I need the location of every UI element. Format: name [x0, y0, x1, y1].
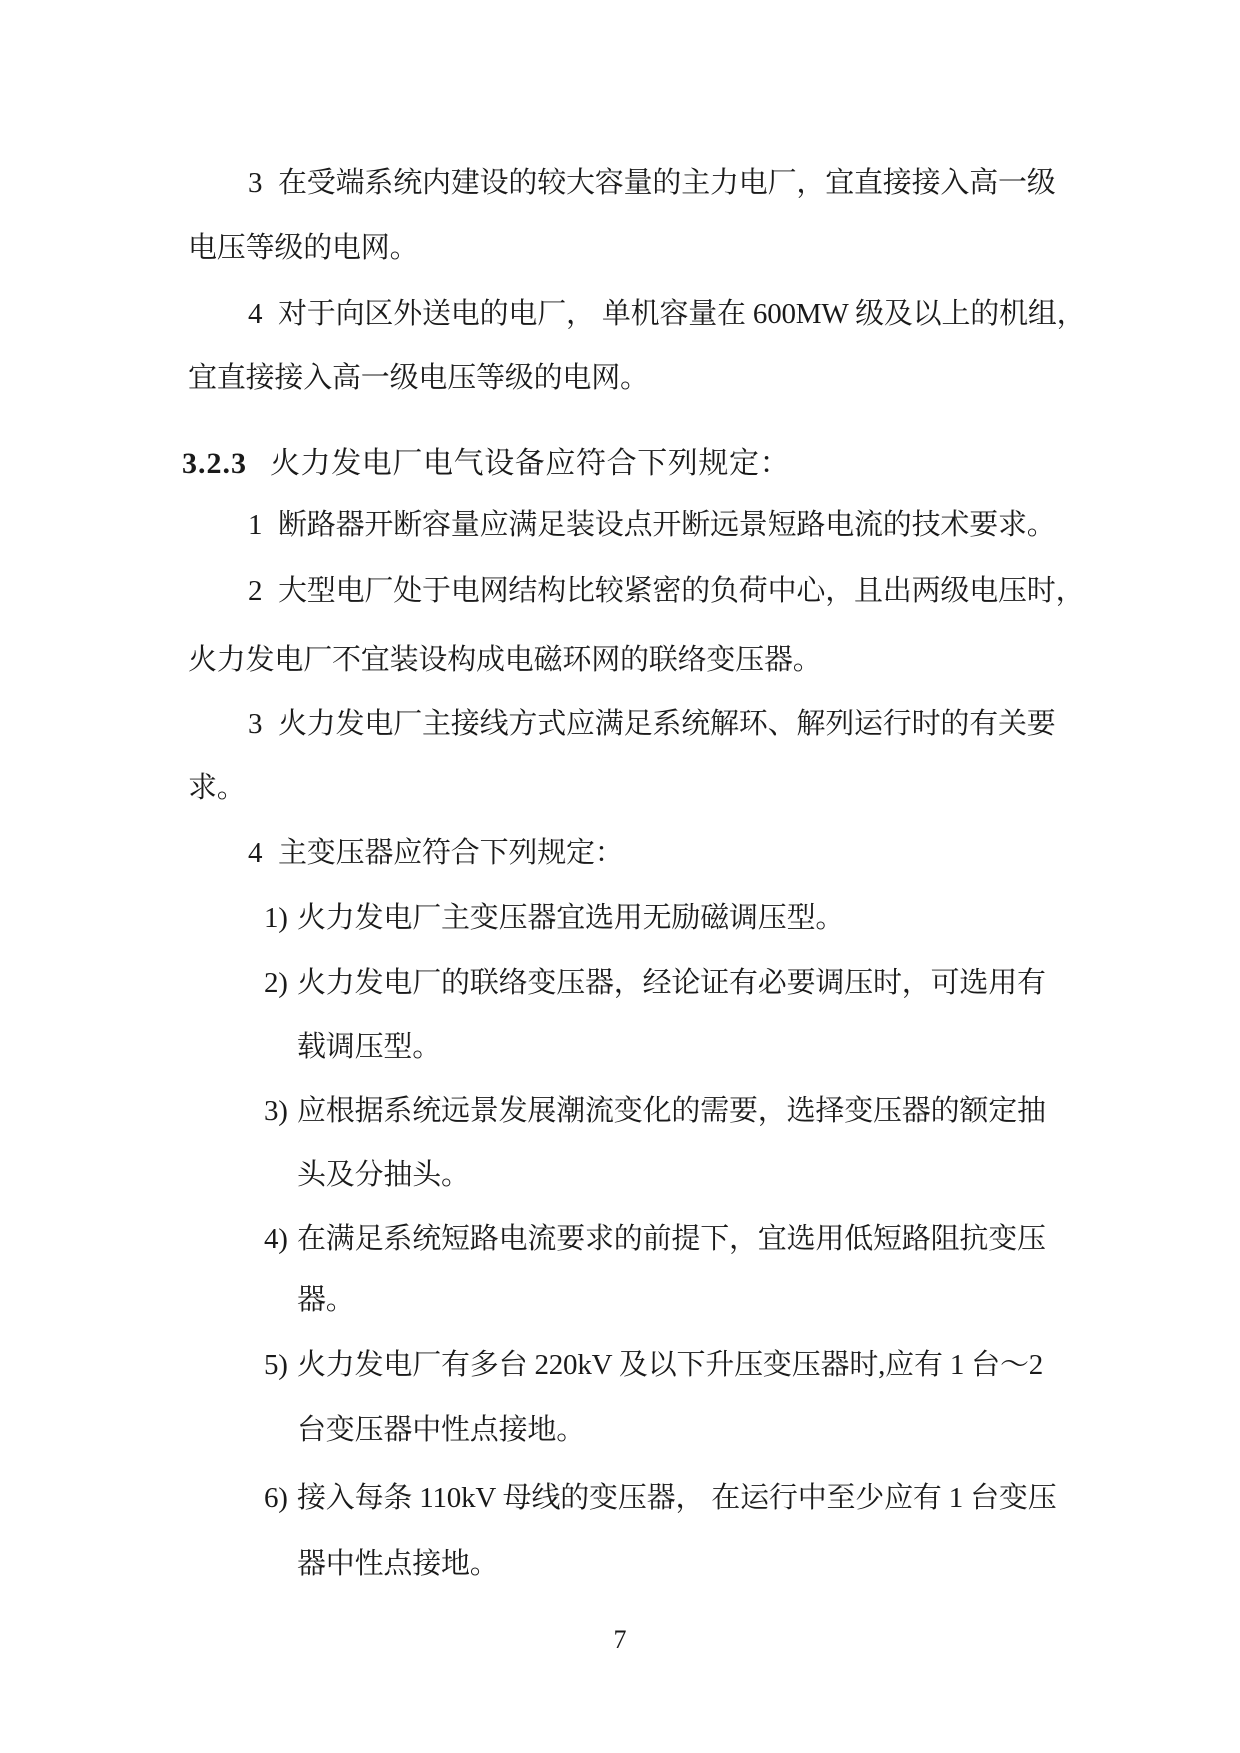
paragraph-line: 宜直接接入高一级电压等级的电网。: [188, 362, 649, 395]
sub-item-line: 1)火力发电厂主变压器宜选用无励磁调压型。: [264, 902, 844, 935]
sub-item-number: 1): [264, 902, 297, 935]
line-text: 器。: [297, 1284, 355, 1316]
line-text: 台变压器中性点接地。: [297, 1414, 585, 1446]
list-item-line: 3火力发电厂主接线方式应满足系统解环、解列运行时的有关要: [248, 708, 1056, 741]
line-text: 断路器开断容量应满足装设点开断远景短路电流的技术要求。: [278, 509, 1056, 541]
line-text: 接入每条 110kV 母线的变压器， 在运行中至少应有 1 台变压: [297, 1482, 1057, 1514]
line-text: 主变压器应符合下列规定：: [278, 837, 624, 869]
document-page: 3在受端系统内建设的较大容量的主力电厂，宜直接接入高一级 电压等级的电网。 4对…: [0, 0, 1240, 1753]
sub-item-line: 6)接入每条 110kV 母线的变压器， 在运行中至少应有 1 台变压: [264, 1482, 1057, 1515]
line-text: 对于向区外送电的电厂， 单机容量在 600MW 级及以上的机组，: [278, 298, 1086, 330]
line-text: 在受端系统内建设的较大容量的主力电厂，宜直接接入高一级: [278, 167, 1056, 199]
line-text: 火力发电厂有多台 220kV 及以下升压变压器时,应有 1 台～2: [297, 1349, 1043, 1381]
page-number: 7: [0, 1625, 1240, 1655]
line-text: 载调压型。: [297, 1031, 441, 1063]
sub-item-number: 5): [264, 1349, 297, 1382]
line-text: 求。: [188, 772, 246, 804]
sub-item-number: 2): [264, 967, 297, 1000]
line-text: 大型电厂处于电网结构比较紧密的负荷中心，且出两级电压时，: [278, 575, 1084, 607]
sub-item-line: 2)火力发电厂的联络变压器，经论证有必要调压时，可选用有: [264, 967, 1046, 1000]
item-number: 2: [248, 575, 278, 608]
sub-item-number: 4): [264, 1223, 297, 1256]
item-number: 4: [248, 298, 278, 331]
paragraph-line: 电压等级的电网。: [188, 232, 418, 265]
line-text: 头及分抽头。: [297, 1159, 470, 1191]
clause-heading: 3.2.3火力发电厂电气设备应符合下列规定：: [182, 447, 790, 482]
line-text: 器中性点接地。: [297, 1548, 499, 1580]
sub-item-continuation: 台变压器中性点接地。: [297, 1414, 585, 1447]
item-number: 3: [248, 167, 278, 200]
sub-item-continuation: 器中性点接地。: [297, 1548, 499, 1581]
list-item-line: 1断路器开断容量应满足装设点开断远景短路电流的技术要求。: [248, 509, 1056, 542]
sub-item-line: 5)火力发电厂有多台 220kV 及以下升压变压器时,应有 1 台～2: [264, 1349, 1043, 1382]
sub-item-number: 6): [264, 1482, 297, 1515]
item-number: 3: [248, 708, 278, 741]
sub-item-continuation: 头及分抽头。: [297, 1159, 470, 1192]
list-item-line: 2大型电厂处于电网结构比较紧密的负荷中心，且出两级电压时，: [248, 575, 1084, 608]
line-text: 火力发电厂不宜装设构成电磁环网的联络变压器。: [188, 644, 822, 676]
sub-item-continuation: 器。: [297, 1284, 355, 1317]
sub-item-number: 3): [264, 1095, 297, 1128]
sub-item-line: 4)在满足系统短路电流要求的前提下，宜选用低短路阻抗变压: [264, 1223, 1046, 1256]
line-text: 火力发电厂的联络变压器，经论证有必要调压时，可选用有: [297, 967, 1046, 999]
list-item-line: 3在受端系统内建设的较大容量的主力电厂，宜直接接入高一级: [248, 167, 1056, 200]
line-text: 电压等级的电网。: [188, 232, 418, 264]
item-number: 4: [248, 837, 278, 870]
sub-item-line: 3)应根据系统远景发展潮流变化的需要，选择变压器的额定抽: [264, 1095, 1046, 1128]
item-number: 1: [248, 509, 278, 542]
clause-title: 火力发电厂电气设备应符合下列规定：: [270, 447, 790, 480]
sub-item-continuation: 载调压型。: [297, 1031, 441, 1064]
paragraph-line: 火力发电厂不宜装设构成电磁环网的联络变压器。: [188, 644, 822, 677]
line-text: 火力发电厂主变压器宜选用无励磁调压型。: [297, 902, 844, 934]
clause-number: 3.2.3: [182, 447, 270, 482]
paragraph-line: 求。: [188, 772, 246, 805]
line-text: 应根据系统远景发展潮流变化的需要，选择变压器的额定抽: [297, 1095, 1046, 1127]
list-item-line: 4对于向区外送电的电厂， 单机容量在 600MW 级及以上的机组，: [248, 298, 1086, 331]
line-text: 火力发电厂主接线方式应满足系统解环、解列运行时的有关要: [278, 708, 1056, 740]
list-item-line: 4主变压器应符合下列规定：: [248, 837, 624, 870]
line-text: 宜直接接入高一级电压等级的电网。: [188, 362, 649, 394]
line-text: 在满足系统短路电流要求的前提下，宜选用低短路阻抗变压: [297, 1223, 1046, 1255]
